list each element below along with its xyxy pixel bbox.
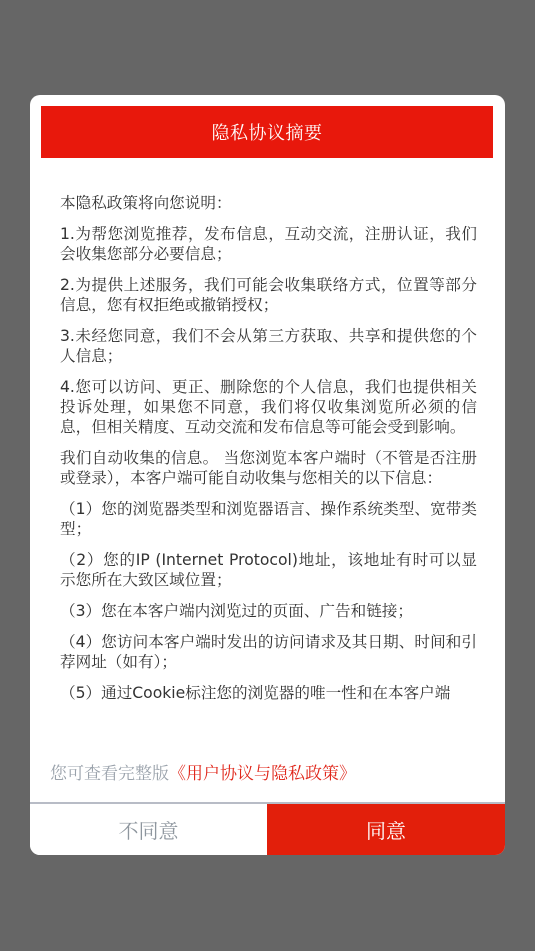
privacy-paragraph: （3）您在本客户端内浏览过的页面、广告和链接； xyxy=(60,601,477,621)
privacy-paragraph: 本隐私政策将向您说明： xyxy=(60,193,477,213)
user-agreement-privacy-link[interactable]: 《用户协议与隐私政策》 xyxy=(169,764,356,784)
disagree-button[interactable]: 不同意 xyxy=(30,804,267,855)
privacy-paragraph: 我们自动收集的信息。 当您浏览本客户端时（不管是否注册或登录），本客户端可能自动… xyxy=(60,448,477,488)
privacy-paragraph: 2.为提供上述服务，我们可能会收集联络方式，位置等部分信息，您有权拒绝或撤销授权… xyxy=(60,275,477,315)
privacy-paragraph: 3.未经您同意，我们不会从第三方获取、共享和提供您的个人信息； xyxy=(60,326,477,366)
privacy-paragraph: 1.为帮您浏览推荐，发布信息，互动交流，注册认证，我们会收集您部分必要信息； xyxy=(60,224,477,264)
privacy-content-scroll[interactable]: 本隐私政策将向您说明： 1.为帮您浏览推荐，发布信息，互动交流，注册认证，我们会… xyxy=(60,193,477,738)
dialog-title: 隐私协议摘要 xyxy=(41,106,493,158)
agree-button[interactable]: 同意 xyxy=(267,804,505,855)
privacy-paragraph: 4.您可以访问、更正、删除您的个人信息，我们也提供相关投诉处理，如果您不同意，我… xyxy=(60,377,477,437)
full-policy-note: 您可查看完整版《用户协议与隐私政策》 xyxy=(50,759,356,784)
full-policy-prefix: 您可查看完整版 xyxy=(50,764,169,784)
privacy-paragraph: （5）通过Cookie标注您的浏览器的唯一性和在本客户端 xyxy=(60,683,477,703)
privacy-dialog: 隐私协议摘要 本隐私政策将向您说明： 1.为帮您浏览推荐，发布信息，互动交流，注… xyxy=(30,95,505,855)
privacy-paragraph: （2）您的IP (Internet Protocol)地址，该地址有时可以显示您… xyxy=(60,550,477,590)
privacy-paragraph: （1）您的浏览器类型和浏览器语言、操作系统类型、宽带类型； xyxy=(60,499,477,539)
privacy-paragraph: （4）您访问本客户端时发出的访问请求及其日期、时间和引荐网址（如有）； xyxy=(60,632,477,672)
